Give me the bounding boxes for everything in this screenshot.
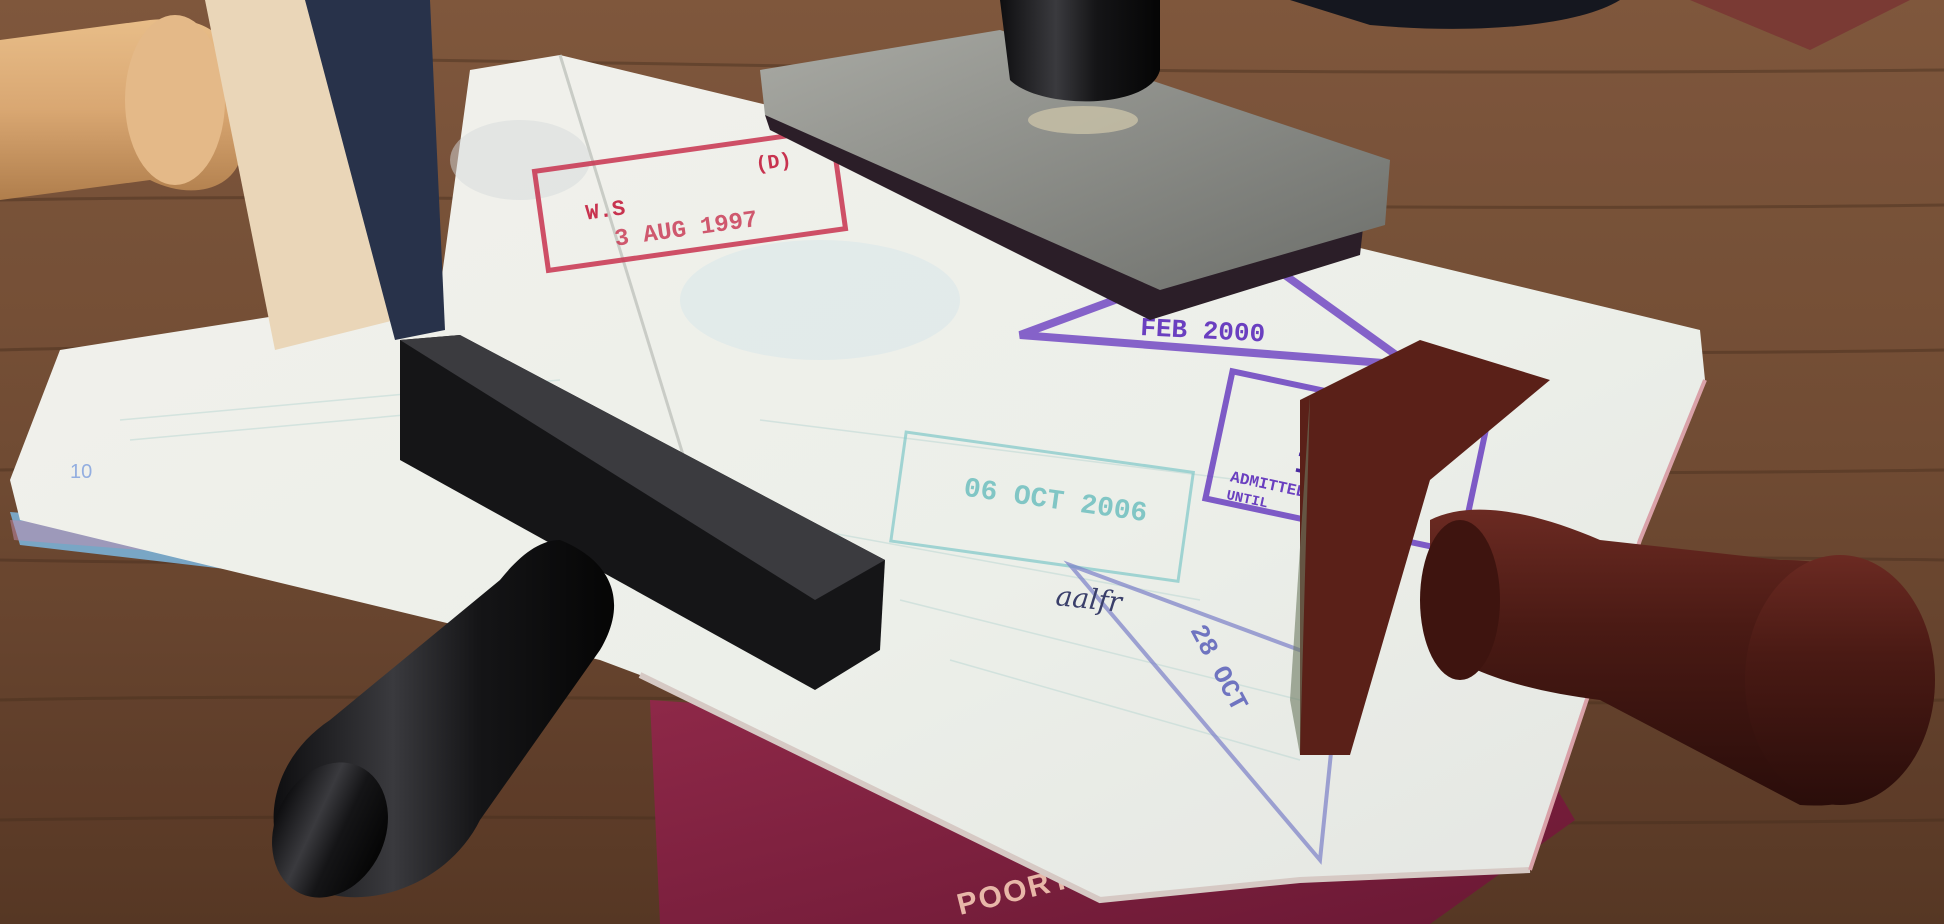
- photo-scene: POORT - PA SS 10 W.S 3 AUG 1997 (D): [0, 0, 1944, 924]
- scene-illustration: POORT - PA SS 10 W.S 3 AUG 1997 (D): [0, 0, 1944, 924]
- signature: aalfr: [1054, 579, 1125, 619]
- page-number: 10: [70, 461, 92, 483]
